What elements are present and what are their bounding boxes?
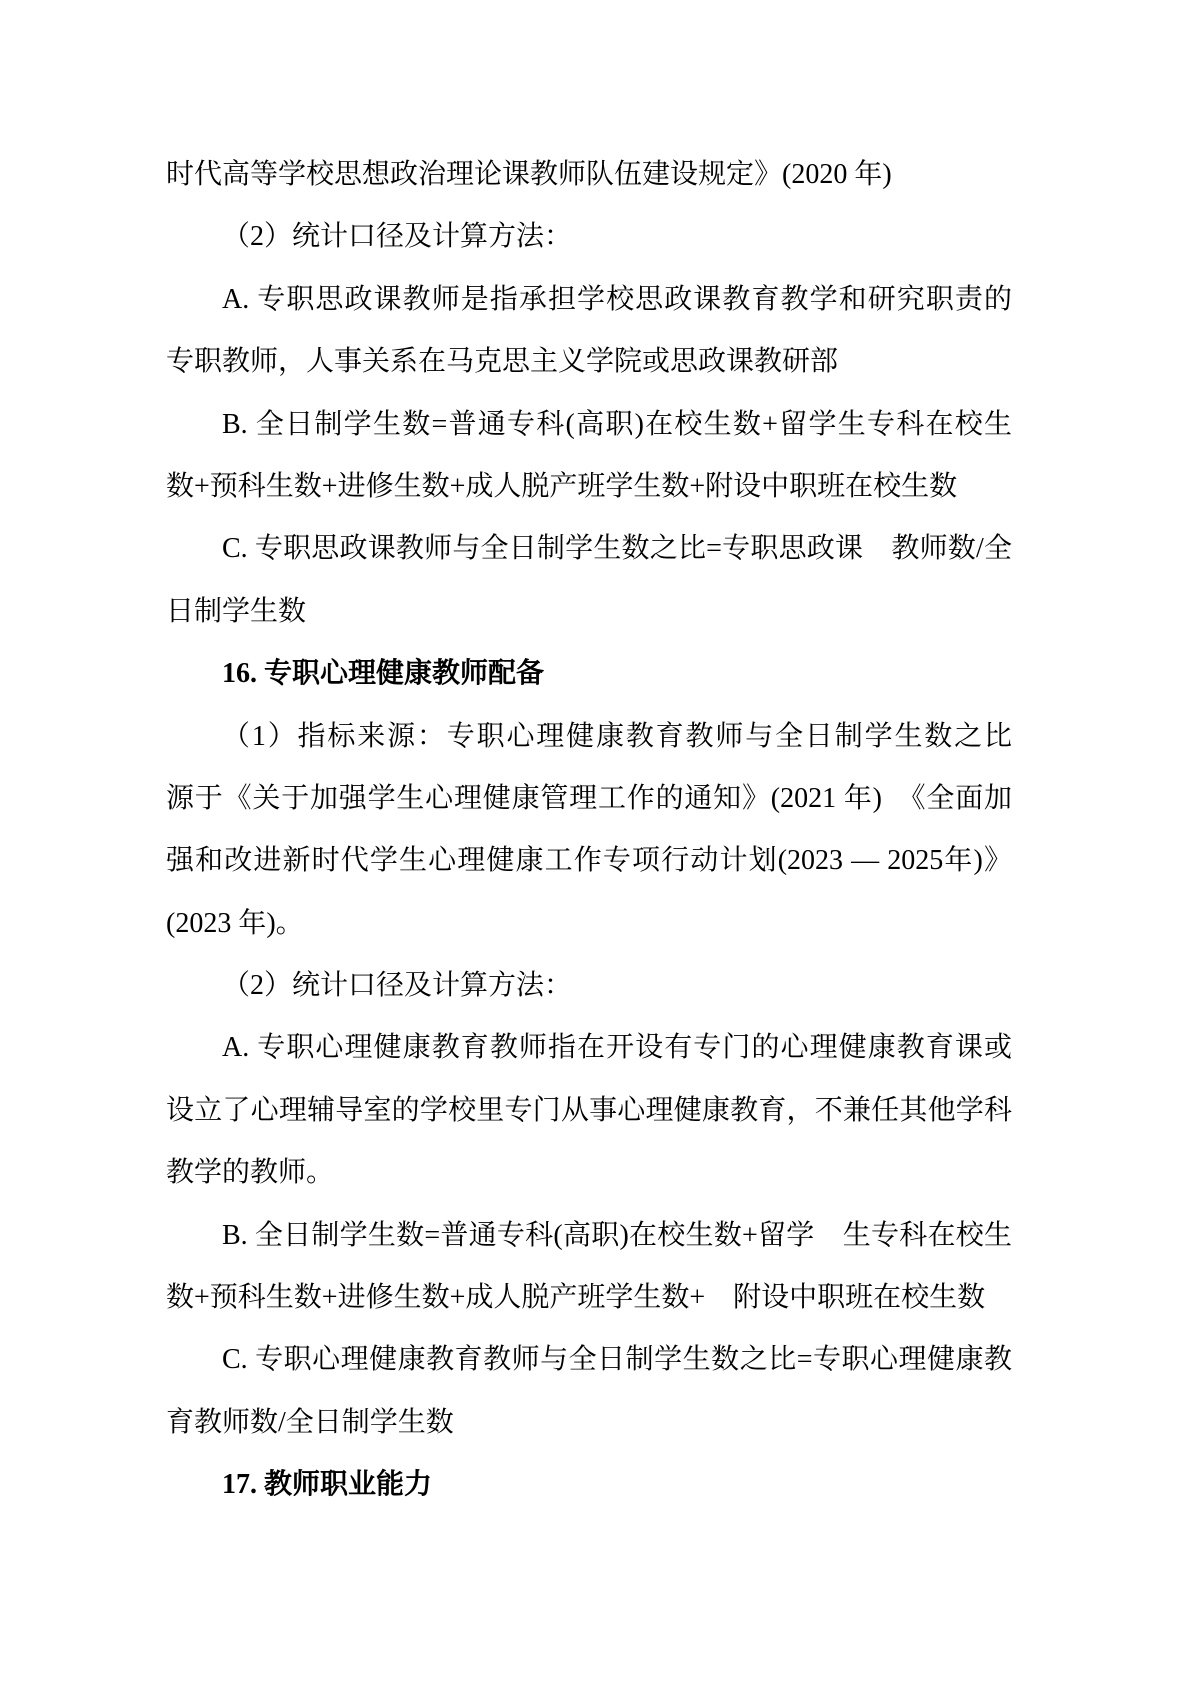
document-line: 设立了心理辅导室的学校里专门从事心理健康教育，不兼任其他学科 (166, 1080, 1012, 1142)
document-line: C. 专职心理健康教育教师与全日制学生数之比=专职心理健康教 (166, 1329, 1012, 1391)
document-line: 时代高等学校思想政治理论课教师队伍建设规定》(2020 年) (166, 144, 1012, 206)
document-line: (2023 年)。 (166, 893, 1012, 955)
section-heading-17: 17. 教师职业能力 (166, 1454, 1012, 1516)
document-line: 数+预科生数+进修生数+成人脱产班学生数+ 附设中职班在校生数 (166, 1267, 1012, 1329)
document-line: C. 专职思政课教师与全日制学生数之比=专职思政课 教师数/全 (166, 518, 1012, 580)
document-line: B. 全日制学生数=普通专科(高职)在校生数+留学生专科在校生 (166, 394, 1012, 456)
document-line: 专职教师，人事关系在马克思主义学院或思政课教研部 (166, 331, 1012, 393)
document-line: 教学的教师。 (166, 1142, 1012, 1204)
document-line: 数+预科生数+进修生数+成人脱产班学生数+附设中职班在校生数 (166, 456, 1012, 518)
document-line: A. 专职思政课教师是指承担学校思政课教育教学和研究职责的 (166, 269, 1012, 331)
document-line: 日制学生数 (166, 581, 1012, 643)
document-line: （2）统计口径及计算方法： (166, 955, 1012, 1017)
document-line: B. 全日制学生数=普通专科(高职)在校生数+留学 生专科在校生 (166, 1205, 1012, 1267)
document-line: 育教师数/全日制学生数 (166, 1392, 1012, 1454)
document-line: A. 专职心理健康教育教师指在开设有专门的心理健康教育课或 (166, 1017, 1012, 1079)
document-line: （1）指标来源：专职心理健康教育教师与全日制学生数之比 来 (166, 706, 1012, 768)
document-line: 源于《关于加强学生心理健康管理工作的通知》(2021 年) 《全面加 (166, 768, 1012, 830)
document-content: 时代高等学校思想政治理论课教师队伍建设规定》(2020 年) （2）统计口径及计… (166, 0, 1012, 1517)
document-line: 强和改进新时代学生心理健康工作专项行动计划(2023 — 2025年)》 (166, 830, 1012, 892)
document-page: 时代高等学校思想政治理论课教师队伍建设规定》(2020 年) （2）统计口径及计… (0, 0, 1191, 1684)
section-heading-16: 16. 专职心理健康教师配备 (166, 643, 1012, 705)
document-line: （2）统计口径及计算方法： (166, 206, 1012, 268)
